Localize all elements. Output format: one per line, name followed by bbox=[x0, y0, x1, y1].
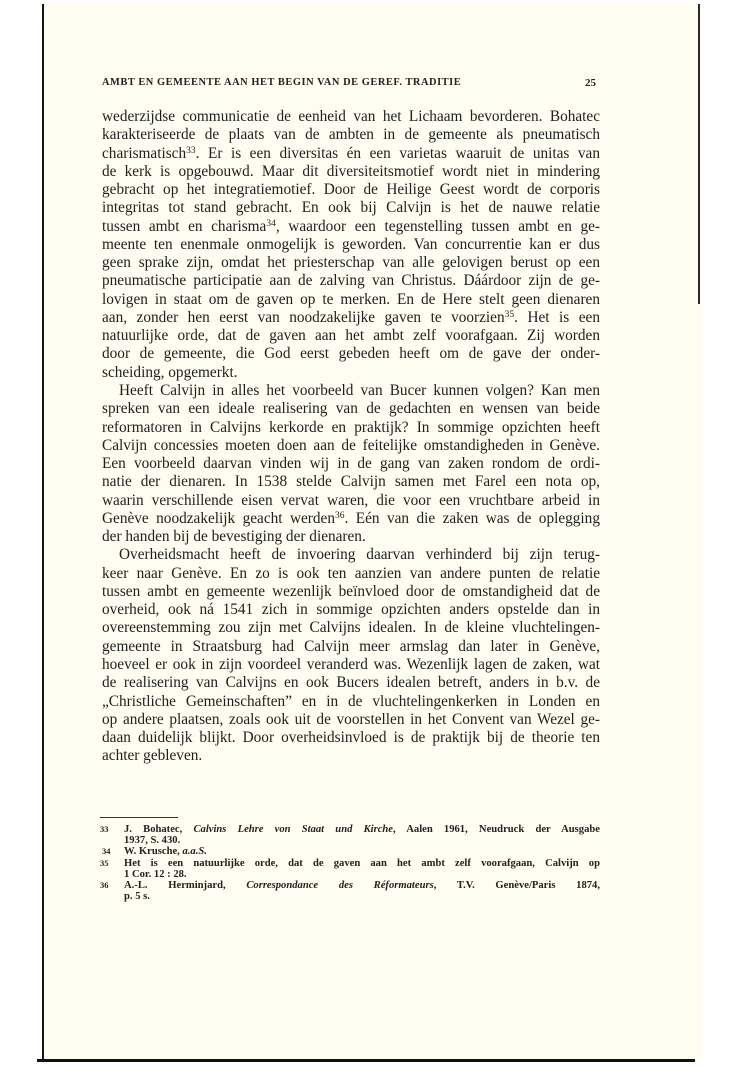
citation-title: a.a.S. bbox=[182, 846, 206, 857]
running-head-title: AMBT EN GEMEENTE AAN HET BEGIN VAN DE GE… bbox=[102, 77, 461, 88]
text-run: aan, zonder hen eerst van noodzakelijke … bbox=[102, 309, 505, 326]
citation-title: Correspondance des Réformateurs bbox=[246, 880, 433, 891]
footnote-text: Het is een natuurlijke orde, dat de gave… bbox=[124, 858, 600, 869]
page-edge-bottom bbox=[37, 1059, 695, 1062]
text-line: de kerk is opgebouwd. Maar dit diversite… bbox=[102, 163, 600, 181]
footnote-36: 36A.-L. Herminjard, Correspondance des R… bbox=[100, 880, 600, 902]
footnote-ref[interactable]: 35 bbox=[505, 310, 515, 320]
footnote-35: 35Het is een natuurlijke orde, dat de ga… bbox=[100, 858, 600, 880]
text-line: Een voorbeeld daarvan vinden wij in de g… bbox=[102, 455, 600, 473]
text-run: charismatisch bbox=[102, 145, 186, 162]
page-number: 25 bbox=[585, 77, 596, 89]
text-line: achter gebleven. bbox=[102, 747, 600, 765]
text-line: keer naar Genève. En zo is ook ten aanzi… bbox=[102, 565, 600, 583]
text-line: door de gemeente, die God eerst gebeden … bbox=[102, 345, 600, 363]
footnote-text: , T.V. Genève/Paris 1874, bbox=[434, 880, 600, 891]
footnote-number: 33 bbox=[100, 824, 109, 835]
footnotes: 33J. Bohatec, Calvins Lehre von Staat un… bbox=[100, 824, 600, 902]
footnote-number: 34 bbox=[102, 846, 111, 857]
text-run: . Het is een bbox=[514, 309, 600, 326]
text-line: natuurlijke orde, dat de gaven aan het a… bbox=[102, 327, 600, 345]
footnote-text: 1 Cor. 12 : 28. bbox=[124, 869, 187, 880]
page-edge-right bbox=[698, 4, 700, 304]
text-line: charismatisch33. Er is een diversitas én… bbox=[102, 145, 600, 163]
text-line: spreken van een ideale realisering van d… bbox=[102, 400, 600, 418]
text-line: aan, zonder hen eerst van noodzakelijke … bbox=[102, 309, 600, 327]
body-text: wederzijdse communicatie de eenheid van … bbox=[102, 108, 600, 766]
footnote-text: p. 5 s. bbox=[124, 891, 150, 902]
text-line: op andere plaatsen, zoals ook uit de voo… bbox=[102, 711, 600, 729]
text-line: der handen bij de bevestiging der dienar… bbox=[102, 528, 600, 546]
footnote-line: 1937, S. 430. bbox=[124, 835, 600, 846]
text-line: overeenstemming zou zijn met Calvijns id… bbox=[102, 619, 600, 637]
footnote-ref[interactable]: 33 bbox=[186, 146, 196, 156]
footnote-text: 1937, S. 430. bbox=[124, 835, 180, 846]
running-head: AMBT EN GEMEENTE AAN HET BEGIN VAN DE GE… bbox=[102, 77, 600, 91]
footnote-rule bbox=[100, 817, 178, 818]
text-line: pneumatische participatie aan de zalving… bbox=[102, 272, 600, 290]
footnote-text: J. Bohatec, bbox=[124, 824, 193, 835]
text-run: , waardoor een tegenstelling tussen ambt… bbox=[276, 218, 600, 235]
text-line: overheid, ook ná 1541 zich in sommige op… bbox=[102, 601, 600, 619]
text-line: „Christliche Gemeinschaften” en in de vl… bbox=[102, 693, 600, 711]
text-run: Genève noodzakelijk geacht werden bbox=[102, 510, 335, 527]
footnote-number: 35 bbox=[100, 858, 109, 869]
footnote-text: W. Krusche, bbox=[124, 846, 182, 857]
text-line: wederzijdse communicatie de eenheid van … bbox=[102, 108, 600, 126]
footnote-line: W. Krusche, a.a.S. bbox=[124, 846, 600, 857]
text-line: Overheidsmacht heeft de invoering daarva… bbox=[102, 546, 600, 564]
text-run: . Eén van die zaken was de oplegging bbox=[344, 510, 600, 527]
text-run: tussen ambt en charisma bbox=[102, 218, 266, 235]
footnote-line: Het is een natuurlijke orde, dat de gave… bbox=[124, 858, 600, 869]
text-line: gemeente in Straatsburg had Calvijn meer… bbox=[102, 638, 600, 656]
footnote-line: 1 Cor. 12 : 28. bbox=[124, 869, 600, 880]
text-line: tussen ambt en gemeente wezenlijk beïnvl… bbox=[102, 583, 600, 601]
text-line: lovigen in staat om de gaven op te merke… bbox=[102, 291, 600, 309]
text-line: waarin verschillende eisen vervat waren,… bbox=[102, 492, 600, 510]
citation-title: Calvins Lehre von Staat und Kirche bbox=[193, 824, 393, 835]
text-line: hoeveel er ook in zijn voordeel verander… bbox=[102, 656, 600, 674]
text-line: meente ten enenmale onmogelijk is geword… bbox=[102, 236, 600, 254]
text-line: scheiding, opgemerkt. bbox=[102, 364, 600, 382]
footnote-number: 36 bbox=[100, 880, 109, 891]
text-line: gebracht op het integratiemotief. Door d… bbox=[102, 181, 600, 199]
text-line: Genève noodzakelijk geacht werden36. Eén… bbox=[102, 510, 600, 528]
footnote-line: J. Bohatec, Calvins Lehre von Staat und … bbox=[124, 824, 600, 835]
footnote-34: 34W. Krusche, a.a.S. bbox=[100, 846, 600, 857]
text-run: . Er is een diversitas én een varietas w… bbox=[196, 145, 600, 162]
footnote-33: 33J. Bohatec, Calvins Lehre von Staat un… bbox=[100, 824, 600, 846]
text-line: Heeft Calvijn in alles het voorbeeld van… bbox=[102, 382, 600, 400]
text-line: natie der dienaren. In 1538 stelde Calvi… bbox=[102, 473, 600, 491]
footnote-ref[interactable]: 34 bbox=[266, 219, 276, 229]
footnote-line: A.-L. Herminjard, Correspondance des Réf… bbox=[124, 880, 600, 891]
text-line: Calvijn concessies moeten doen aan de fe… bbox=[102, 437, 600, 455]
footnote-text: A.-L. Herminjard, bbox=[124, 880, 246, 891]
footnote-text: , Aalen 1961, Neudruck der Ausgabe bbox=[393, 824, 600, 835]
text-line: reformatoren in Calvijns kerkorde en pra… bbox=[102, 419, 600, 437]
text-line: daan duidelijk blijkt. Door overheidsinv… bbox=[102, 729, 600, 747]
text-line: geen sprake zijn, omdat het priesterscha… bbox=[102, 254, 600, 272]
text-line: karakteriseerde de plaats van de ambten … bbox=[102, 126, 600, 144]
footnote-line: p. 5 s. bbox=[124, 891, 600, 902]
text-line: integritas tot stand gebracht. En ook bi… bbox=[102, 199, 600, 217]
text-line: tussen ambt en charisma34, waardoor een … bbox=[102, 218, 600, 236]
text-line: de realisering van Calvijns en ook Bucer… bbox=[102, 674, 600, 692]
